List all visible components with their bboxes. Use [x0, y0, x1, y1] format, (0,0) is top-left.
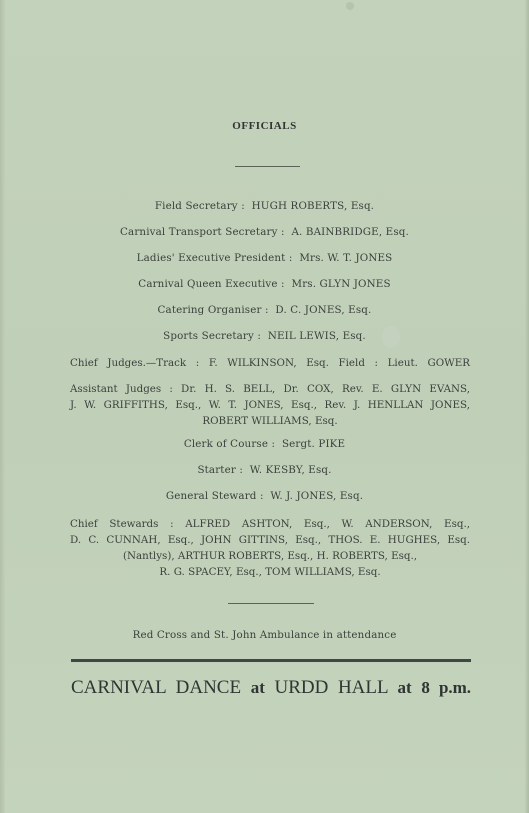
divider-thick	[71, 659, 471, 662]
dance-at-time: at	[398, 678, 412, 697]
divider-top	[235, 166, 300, 167]
official-clerk-of-course: Clerk of Course : Sergt. PIKE	[0, 438, 529, 450]
dance-time: 8 p.m.	[421, 678, 471, 697]
chief-judges: Chief Judges.—Track : F. WILKINSON, Esq.…	[70, 355, 470, 371]
carnival-dance-announcement: CARNIVAL DANCE at URDD HALL at 8 p.m.	[71, 677, 471, 699]
assistant-judges: Assistant Judges : Dr. H. S. BELL, Dr. C…	[70, 381, 470, 429]
page-title: OFFICIALS	[0, 120, 529, 132]
dance-event: CARNIVAL DANCE	[71, 677, 241, 698]
official-queen-executive: Carnival Queen Executive : Mrs. GLYN JON…	[0, 278, 529, 290]
official-catering-organiser: Catering Organiser : D. C. JONES, Esq.	[0, 304, 529, 316]
official-sports-secretary: Sports Secretary : NEIL LEWIS, Esq.	[0, 330, 529, 342]
official-ladies-president: Ladies' Executive President : Mrs. W. T.…	[0, 252, 529, 264]
dance-venue: URDD HALL	[275, 677, 388, 698]
official-starter: Starter : W. KESBY, Esq.	[0, 464, 529, 476]
dance-at: at	[251, 678, 265, 697]
official-field-secretary: Field Secretary : HUGH ROBERTS, Esq.	[0, 200, 529, 212]
divider-middle	[228, 603, 314, 604]
paper-stain	[346, 2, 354, 10]
ambulance-note: Red Cross and St. John Ambulance in atte…	[0, 629, 529, 641]
program-page: OFFICIALS Field Secretary : HUGH ROBERTS…	[0, 0, 529, 813]
chief-stewards: Chief Stewards : ALFRED ASHTON, Esq., W.…	[70, 516, 470, 580]
official-transport-secretary: Carnival Transport Secretary : A. BAINBR…	[0, 226, 529, 238]
official-general-steward: General Steward : W. J. JONES, Esq.	[0, 490, 529, 502]
